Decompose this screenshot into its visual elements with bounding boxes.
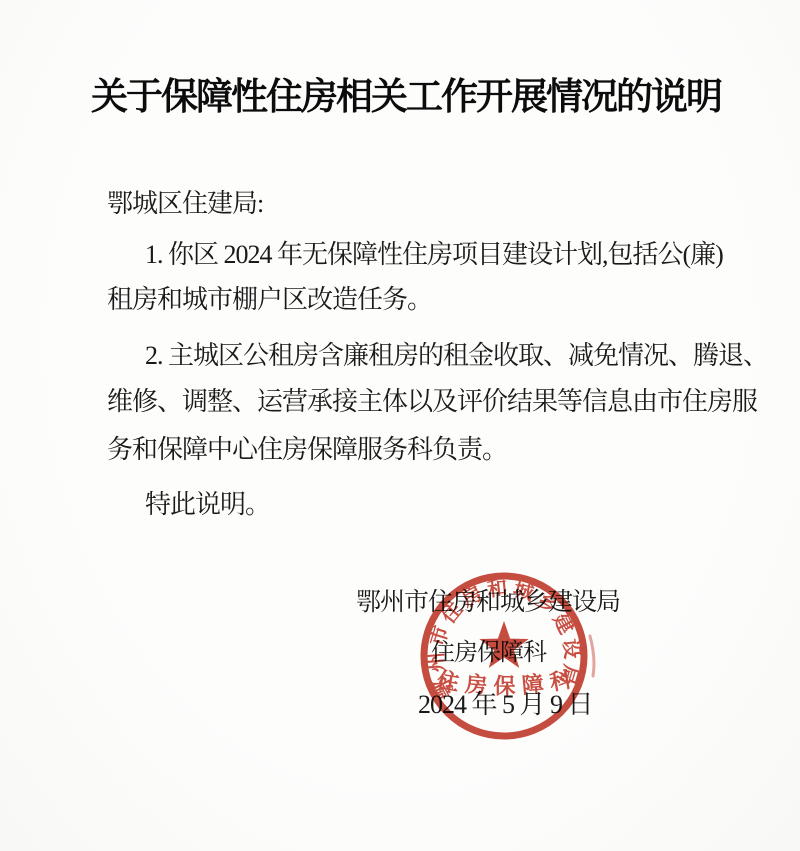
document-title: 关于保障性住房相关工作开展情况的说明: [6, 66, 800, 120]
body-line-4: 维修、调整、运营承接主体以及评价结果等信息由市住房服: [107, 385, 747, 419]
seal-star-icon: [479, 621, 528, 668]
official-seal: 鄂州市住房和城乡建设局 住房保障科: [412, 564, 596, 748]
document-page: 关于保障性住房相关工作开展情况的说明 鄂城区住建局: 1. 你区 2024 年无…: [0, 0, 800, 851]
salutation: 鄂城区住建局:: [107, 187, 747, 221]
body-line-2: 租房和城市棚户区改造任务。: [107, 283, 747, 317]
body-line-1: 1. 你区 2024 年无保障性住房项目建设计划,包括公(廉): [107, 238, 785, 272]
body-line-5: 务和保障中心住房保障服务科负责。: [107, 433, 747, 467]
closing-line: 特此说明。: [107, 488, 785, 522]
body-line-3: 2. 主城区公租房含廉租房的租金收取、减免情况、腾退、: [107, 339, 785, 373]
seal-smudge-artifact: [590, 636, 594, 676]
seal-bottom-text: 住房保障科: [435, 667, 575, 699]
